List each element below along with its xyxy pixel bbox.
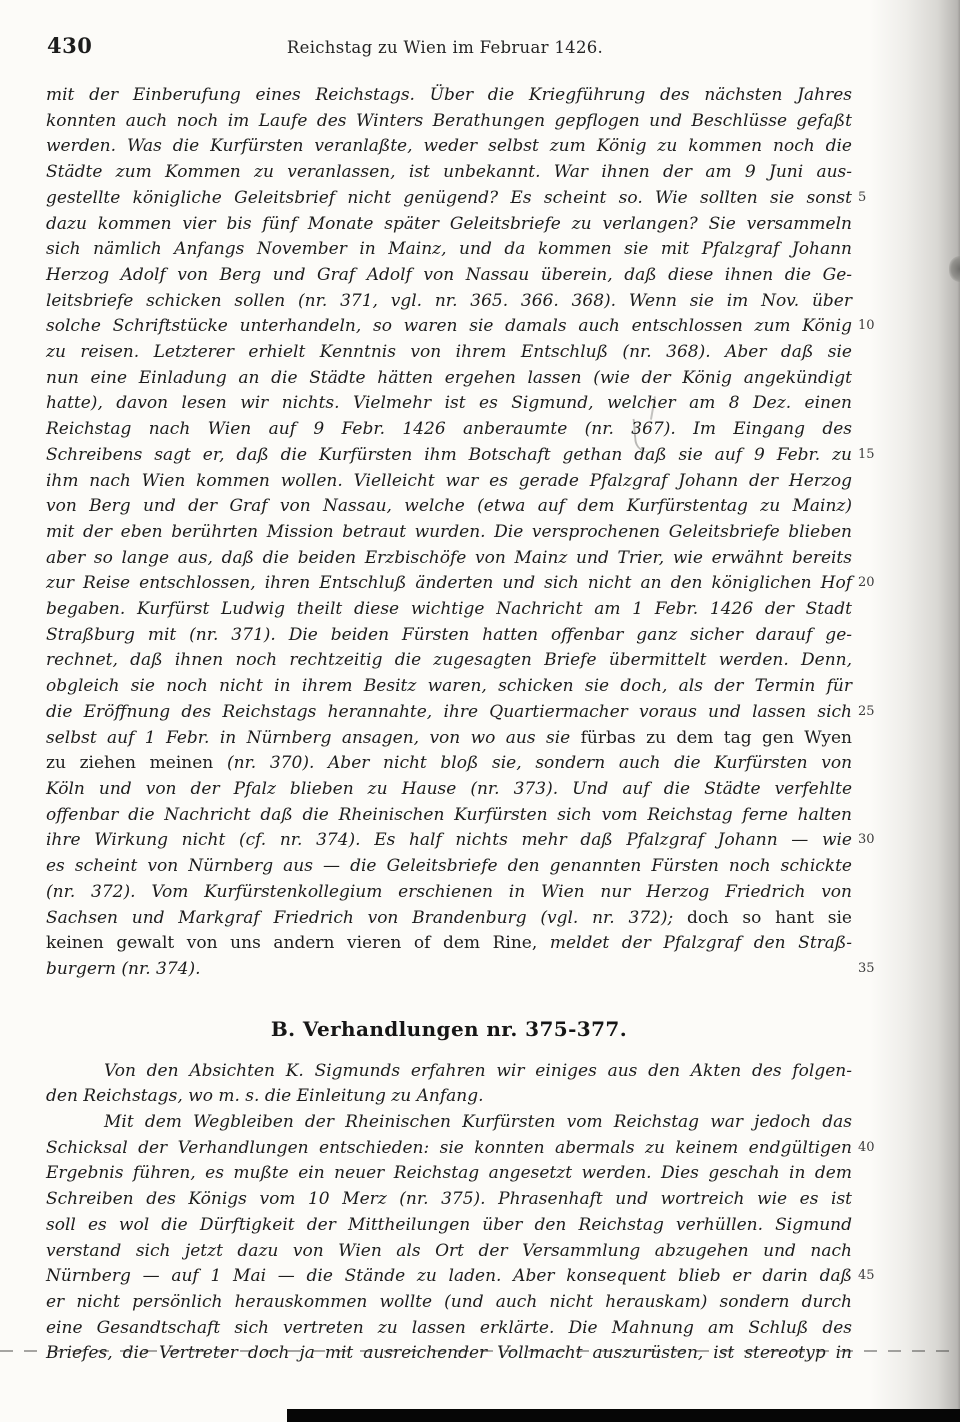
margin-line-number: 25	[858, 705, 888, 718]
margin-line-number: 45	[858, 1269, 888, 1282]
margin-line-number: 10	[858, 319, 888, 332]
commentary-text: ihm nach Wien kommen wollen. Vielleicht …	[46, 471, 852, 491]
text-line: werden. Was die Kurfürsten veranlaßte, w…	[46, 134, 852, 160]
scan-smudge	[949, 256, 960, 282]
text-line: Straßburg mit (nr. 371). Die beiden Fürs…	[46, 623, 852, 649]
commentary-text: Schicksal der Verhandlungen entschieden:…	[46, 1138, 852, 1158]
text-line: er nicht persönlich herauskommen wollte …	[46, 1290, 852, 1316]
quoted-text: doch so hant sie	[687, 908, 852, 928]
text-line: eine Gesandtschaft sich vertreten zu las…	[46, 1316, 852, 1342]
text-line: nun eine Einladung an die Städte hätten …	[46, 366, 852, 392]
commentary-text: Sachsen und Markgraf Friedrich von Brand…	[46, 908, 687, 928]
text-line: burgern (nr. 374).35	[46, 957, 852, 983]
text-line: verstand sich jetzt dazu von Wien als Or…	[46, 1239, 852, 1265]
text-line: von Berg und der Graf von Nassau, welche…	[46, 494, 852, 520]
commentary-text: burgern (nr. 374).	[46, 959, 201, 979]
text-line: zu ziehen meinen (nr. 370). Aber nicht b…	[46, 751, 852, 777]
commentary-text: es scheint von Nürnberg aus — die Geleit…	[46, 856, 852, 876]
commentary-text: von Berg und der Graf von Nassau, welche…	[46, 496, 852, 516]
quoted-text: keinen gewalt von uns andern vieren of d…	[46, 933, 537, 953]
text-line: aber so lange aus, daß die beiden Erzbis…	[46, 546, 852, 572]
text-line: soll es wol die Dürftigkeit der Mittheil…	[46, 1213, 852, 1239]
paragraph: mit der Einberufung eines Reichstags. Üb…	[46, 83, 852, 983]
text-line: gestellte königliche Geleitsbrief nicht …	[46, 186, 852, 212]
text-line: Briefes, die Vertreter doch ja mit ausre…	[46, 1341, 852, 1367]
commentary-text: mit der Einberufung eines Reichstags. Üb…	[46, 85, 852, 105]
text-line: obgleich sie noch nicht in ihrem Besitz …	[46, 674, 852, 700]
text-line: Von den Absichten K. Sigmunds erfahren w…	[46, 1059, 852, 1085]
quoted-text: fürbas zu dem tag gen Wyen	[581, 728, 852, 748]
section-heading: B. Verhandlungen nr. 375-377.	[46, 1014, 852, 1044]
commentary-text: Straßburg mit (nr. 371). Die beiden Fürs…	[46, 625, 852, 645]
commentary-text: hatte), davon lesen wir nichts. Vielmehr…	[46, 393, 852, 413]
text-line: selbst auf 1 Febr. in Nürnberg ansagen, …	[46, 726, 852, 752]
running-head: Reichstag zu Wien im Februar 1426.	[0, 38, 890, 57]
quoted-text: zu ziehen meinen	[46, 753, 213, 773]
text-line: konnten auch noch im Laufe des Winters B…	[46, 109, 852, 135]
commentary-text: ihre Wirkung nicht (cf. nr. 374). Es hal…	[46, 830, 852, 850]
text-line: es scheint von Nürnberg aus — die Geleit…	[46, 854, 852, 880]
text-line: Schreibens sagt er, daß die Kurfürsten i…	[46, 443, 852, 469]
text-line: den Reichstags, wo m. s. die Einleitung …	[46, 1084, 852, 1110]
text-line: Köln und von der Pfalz blieben zu Hause …	[46, 777, 852, 803]
commentary-text: Mit dem Wegbleiben der Rheinischen Kurfü…	[104, 1112, 852, 1132]
commentary-text: begaben. Kurfürst Ludwig theilt diese wi…	[46, 599, 852, 619]
commentary-text: Schreiben des Königs vom 10 Merz (nr. 37…	[46, 1189, 852, 1209]
text-line: solche Schriftstücke unterhandeln, so wa…	[46, 314, 852, 340]
text-line: ihm nach Wien kommen wollen. Vielleicht …	[46, 469, 852, 495]
text-line: keinen gewalt von uns andern vieren of d…	[46, 931, 852, 957]
commentary-text: soll es wol die Dürftigkeit der Mittheil…	[46, 1215, 852, 1235]
commentary-text: Schreibens sagt er, daß die Kurfürsten i…	[46, 445, 852, 465]
text-line: die Eröffnung des Reichstags herannahte,…	[46, 700, 852, 726]
margin-line-number: 5	[858, 191, 888, 204]
commentary-text: aber so lange aus, daß die beiden Erzbis…	[46, 548, 852, 568]
commentary-text: (nr. 372). Vom Kurfürstenkollegium ersch…	[46, 882, 852, 902]
commentary-text: leitsbriefe schicken sollen (nr. 371, vg…	[46, 291, 852, 311]
commentary-text: eine Gesandtschaft sich vertreten zu las…	[46, 1318, 852, 1338]
commentary-text: er nicht persönlich herauskommen wollte …	[46, 1292, 852, 1312]
commentary-text: Briefes, die Vertreter doch ja mit ausre…	[46, 1343, 852, 1363]
commentary-text: verstand sich jetzt dazu von Wien als Or…	[46, 1241, 852, 1261]
commentary-text: Ergebnis führen, es mußte ein neuer Reic…	[46, 1163, 852, 1183]
text-line: offenbar die Nachricht daß die Rheinisch…	[46, 803, 852, 829]
commentary-text: Von den Absichten K. Sigmunds erfahren w…	[104, 1061, 852, 1081]
paragraph: Mit dem Wegbleiben der Rheinischen Kurfü…	[46, 1110, 852, 1367]
text-line: Reichstag nach Wien auf 9 Febr. 1426 anb…	[46, 417, 852, 443]
commentary-text: selbst auf 1 Febr. in Nürnberg ansagen, …	[46, 728, 581, 748]
commentary-text: konnten auch noch im Laufe des Winters B…	[46, 111, 852, 131]
commentary-text: nun eine Einladung an die Städte hätten …	[46, 368, 852, 388]
text-line: (nr. 372). Vom Kurfürstenkollegium ersch…	[46, 880, 852, 906]
paragraph: Von den Absichten K. Sigmunds erfahren w…	[46, 1059, 852, 1110]
text-line: Herzog Adolf von Berg und Graf Adolf von…	[46, 263, 852, 289]
text-line: Schicksal der Verhandlungen entschieden:…	[46, 1136, 852, 1162]
text-line: leitsbriefe schicken sollen (nr. 371, vg…	[46, 289, 852, 315]
commentary-text: gestellte königliche Geleitsbrief nicht …	[46, 188, 852, 208]
text-line: hatte), davon lesen wir nichts. Vielmehr…	[46, 391, 852, 417]
text-line: Nürnberg — auf 1 Mai — die Stände zu lad…	[46, 1264, 852, 1290]
commentary-text: zur Reise entschlossen, ihren Entschluß …	[46, 573, 852, 593]
commentary-text: Reichstag nach Wien auf 9 Febr. 1426 anb…	[46, 419, 852, 439]
commentary-text: mit der eben berührten Mission betraut w…	[46, 522, 852, 542]
commentary-text: obgleich sie noch nicht in ihrem Besitz …	[46, 676, 852, 696]
margin-line-number: 20	[858, 576, 888, 589]
scan-bottom-bar	[287, 1409, 960, 1422]
commentary-text: zu reisen. Letzterer erhielt Kenntnis vo…	[46, 342, 852, 362]
text-line: Schreiben des Königs vom 10 Merz (nr. 37…	[46, 1187, 852, 1213]
commentary-text: Nürnberg — auf 1 Mai — die Stände zu lad…	[46, 1266, 852, 1286]
margin-line-number: 15	[858, 448, 888, 461]
commentary-text: solche Schriftstücke unterhandeln, so wa…	[46, 316, 852, 336]
text-line: rechnet, daß ihnen noch rechtzeitig die …	[46, 648, 852, 674]
margin-line-number: 35	[858, 962, 888, 975]
commentary-text: sich nämlich Anfangs November in Mainz, …	[46, 239, 852, 259]
commentary-text: Köln und von der Pfalz blieben zu Hause …	[46, 779, 852, 799]
text-line: Sachsen und Markgraf Friedrich von Brand…	[46, 906, 852, 932]
text-line: Mit dem Wegbleiben der Rheinischen Kurfü…	[46, 1110, 852, 1136]
text-line: Ergebnis führen, es mußte ein neuer Reic…	[46, 1161, 852, 1187]
commentary-text: Städte zum Kommen zu veranlassen, ist un…	[46, 162, 852, 182]
text-line: ihre Wirkung nicht (cf. nr. 374). Es hal…	[46, 828, 852, 854]
commentary-text: offenbar die Nachricht daß die Rheinisch…	[46, 805, 852, 825]
text-line: dazu kommen vier bis fünf Monate später …	[46, 212, 852, 238]
text-line: sich nämlich Anfangs November in Mainz, …	[46, 237, 852, 263]
text-line: zu reisen. Letzterer erhielt Kenntnis vo…	[46, 340, 852, 366]
margin-line-number: 30	[858, 833, 888, 846]
commentary-text: rechnet, daß ihnen noch rechtzeitig die …	[46, 650, 852, 670]
commentary-text: meldet der Pfalzgraf den Straß-	[537, 933, 852, 953]
text-line: Städte zum Kommen zu veranlassen, ist un…	[46, 160, 852, 186]
text-block: mit der Einberufung eines Reichstags. Üb…	[46, 83, 852, 1367]
margin-line-number: 40	[858, 1141, 888, 1154]
text-line: zur Reise entschlossen, ihren Entschluß …	[46, 571, 852, 597]
text-line: mit der Einberufung eines Reichstags. Üb…	[46, 83, 852, 109]
commentary-text: dazu kommen vier bis fünf Monate später …	[46, 214, 852, 234]
commentary-text: (nr. 370). Aber nicht bloß sie, sondern …	[213, 753, 852, 773]
commentary-text: die Eröffnung des Reichstags herannahte,…	[46, 702, 852, 722]
text-line: mit der eben berührten Mission betraut w…	[46, 520, 852, 546]
commentary-text: Herzog Adolf von Berg und Graf Adolf von…	[46, 265, 852, 285]
commentary-text: den Reichstags, wo m. s. die Einleitung …	[46, 1086, 484, 1106]
commentary-text: werden. Was die Kurfürsten veranlaßte, w…	[46, 136, 852, 156]
text-line: begaben. Kurfürst Ludwig theilt diese wi…	[46, 597, 852, 623]
